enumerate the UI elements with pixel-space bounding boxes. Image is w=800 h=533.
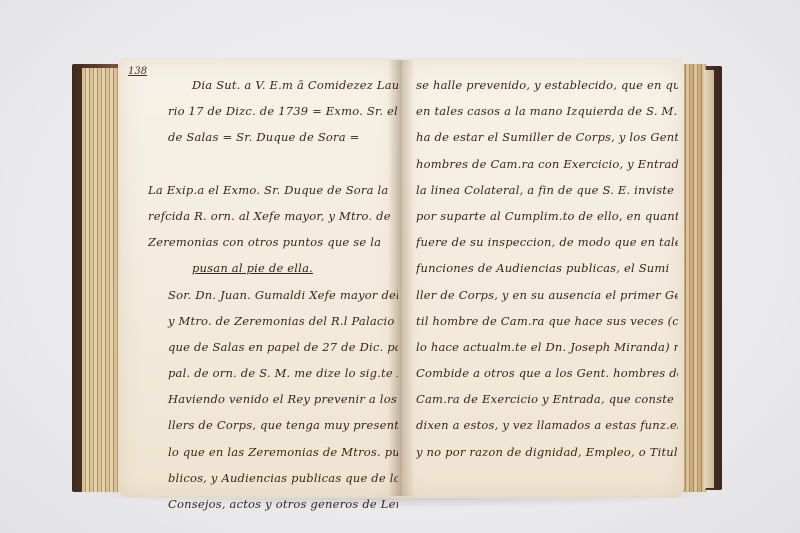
- manuscript-line: rio 17 de Dizc. de 1739 = Exmo. Sr. el M…: [148, 98, 398, 124]
- manuscript-line: se halle prevenido, y establecido, que e…: [416, 72, 678, 98]
- manuscript-line: y Mtro. de Zeremonias del R.l Palacio Ma…: [148, 308, 398, 334]
- manuscript-line: Cam.ra de Exercicio y Entrada, que const…: [416, 386, 678, 412]
- manuscript-line: Zeremonias con otros puntos que se la: [148, 229, 398, 255]
- manuscript-line: la linea Colateral, a fin de que S. E. i…: [416, 177, 678, 203]
- right-page-text: se halle prevenido, y establecido, que e…: [416, 72, 678, 465]
- manuscript-line: funciones de Audiencias publicas, el Sum…: [416, 255, 678, 281]
- manuscript-line: Sor. Dn. Juan. Gumaldi Xefe mayor del: [148, 282, 398, 308]
- manuscript-line: ller de Corps, y en su ausencia el prime…: [416, 282, 678, 308]
- manuscript-line: por suparte al Cumplim.to de ello, en qu…: [416, 203, 678, 229]
- manuscript-line: Combide a otros que a los Gent. hombres …: [416, 360, 678, 386]
- manuscript-line: de Salas = Sr. Duque de Sora =: [148, 124, 398, 150]
- manuscript-line: fuere de su inspeccion, de modo que en t…: [416, 229, 678, 255]
- left-page-text: Dia Sut. a V. E.m ā Comidezez Lau rio 17…: [148, 72, 398, 517]
- manuscript-line: Haviendo venido el Rey prevenir a los Su…: [148, 386, 398, 412]
- manuscript-line: lo que en las Zeremonias de Mtros. pu: [148, 439, 398, 465]
- manuscript-line: blicos, y Audiencias publicas que de los: [148, 465, 398, 491]
- manuscript-line: ha de estar el Sumiller de Corps, y los …: [416, 124, 678, 150]
- manuscript-line: dixen a estos, y vez llamados a estas fu…: [416, 412, 678, 438]
- manuscript-line: La Exip.a el Exmo. Sr. Duque de Sora la: [148, 177, 398, 203]
- manuscript-line: llers de Corps, que tenga muy presente: [148, 412, 398, 438]
- manuscript-line: refcida R. orn. al Xefe mayor, y Mtro. d…: [148, 203, 398, 229]
- manuscript-line: [148, 151, 398, 177]
- folio-number: 138: [128, 66, 147, 77]
- manuscript-line: pal. de orn. de S. M. me dize lo sig.te …: [148, 360, 398, 386]
- manuscript-line: lo hace actualm.te el Dn. Joseph Miranda…: [416, 334, 678, 360]
- manuscript-line: pusan al pie de ella.: [148, 255, 398, 281]
- manuscript-line: y no por razon de dignidad, Empleo, o Ti…: [416, 439, 678, 465]
- manuscript-line: en tales casos a la mano Izquierda de S.…: [416, 98, 678, 124]
- page-edges-right-tip: [704, 70, 714, 488]
- manuscript-line: hombres de Cam.ra con Exercicio, y Entra…: [416, 151, 678, 177]
- manuscript-line: Dia Sut. a V. E.m ā Comidezez Lau: [148, 72, 398, 98]
- manuscript-line: Consejos, actos y otros generos de Lengu…: [148, 491, 398, 517]
- manuscript-line: til hombre de Cam.ra que hace sus veces …: [416, 308, 678, 334]
- manuscript-line: que de Salas en papel de 27 de Dic. pa: [148, 334, 398, 360]
- page-edges-right: [682, 64, 706, 492]
